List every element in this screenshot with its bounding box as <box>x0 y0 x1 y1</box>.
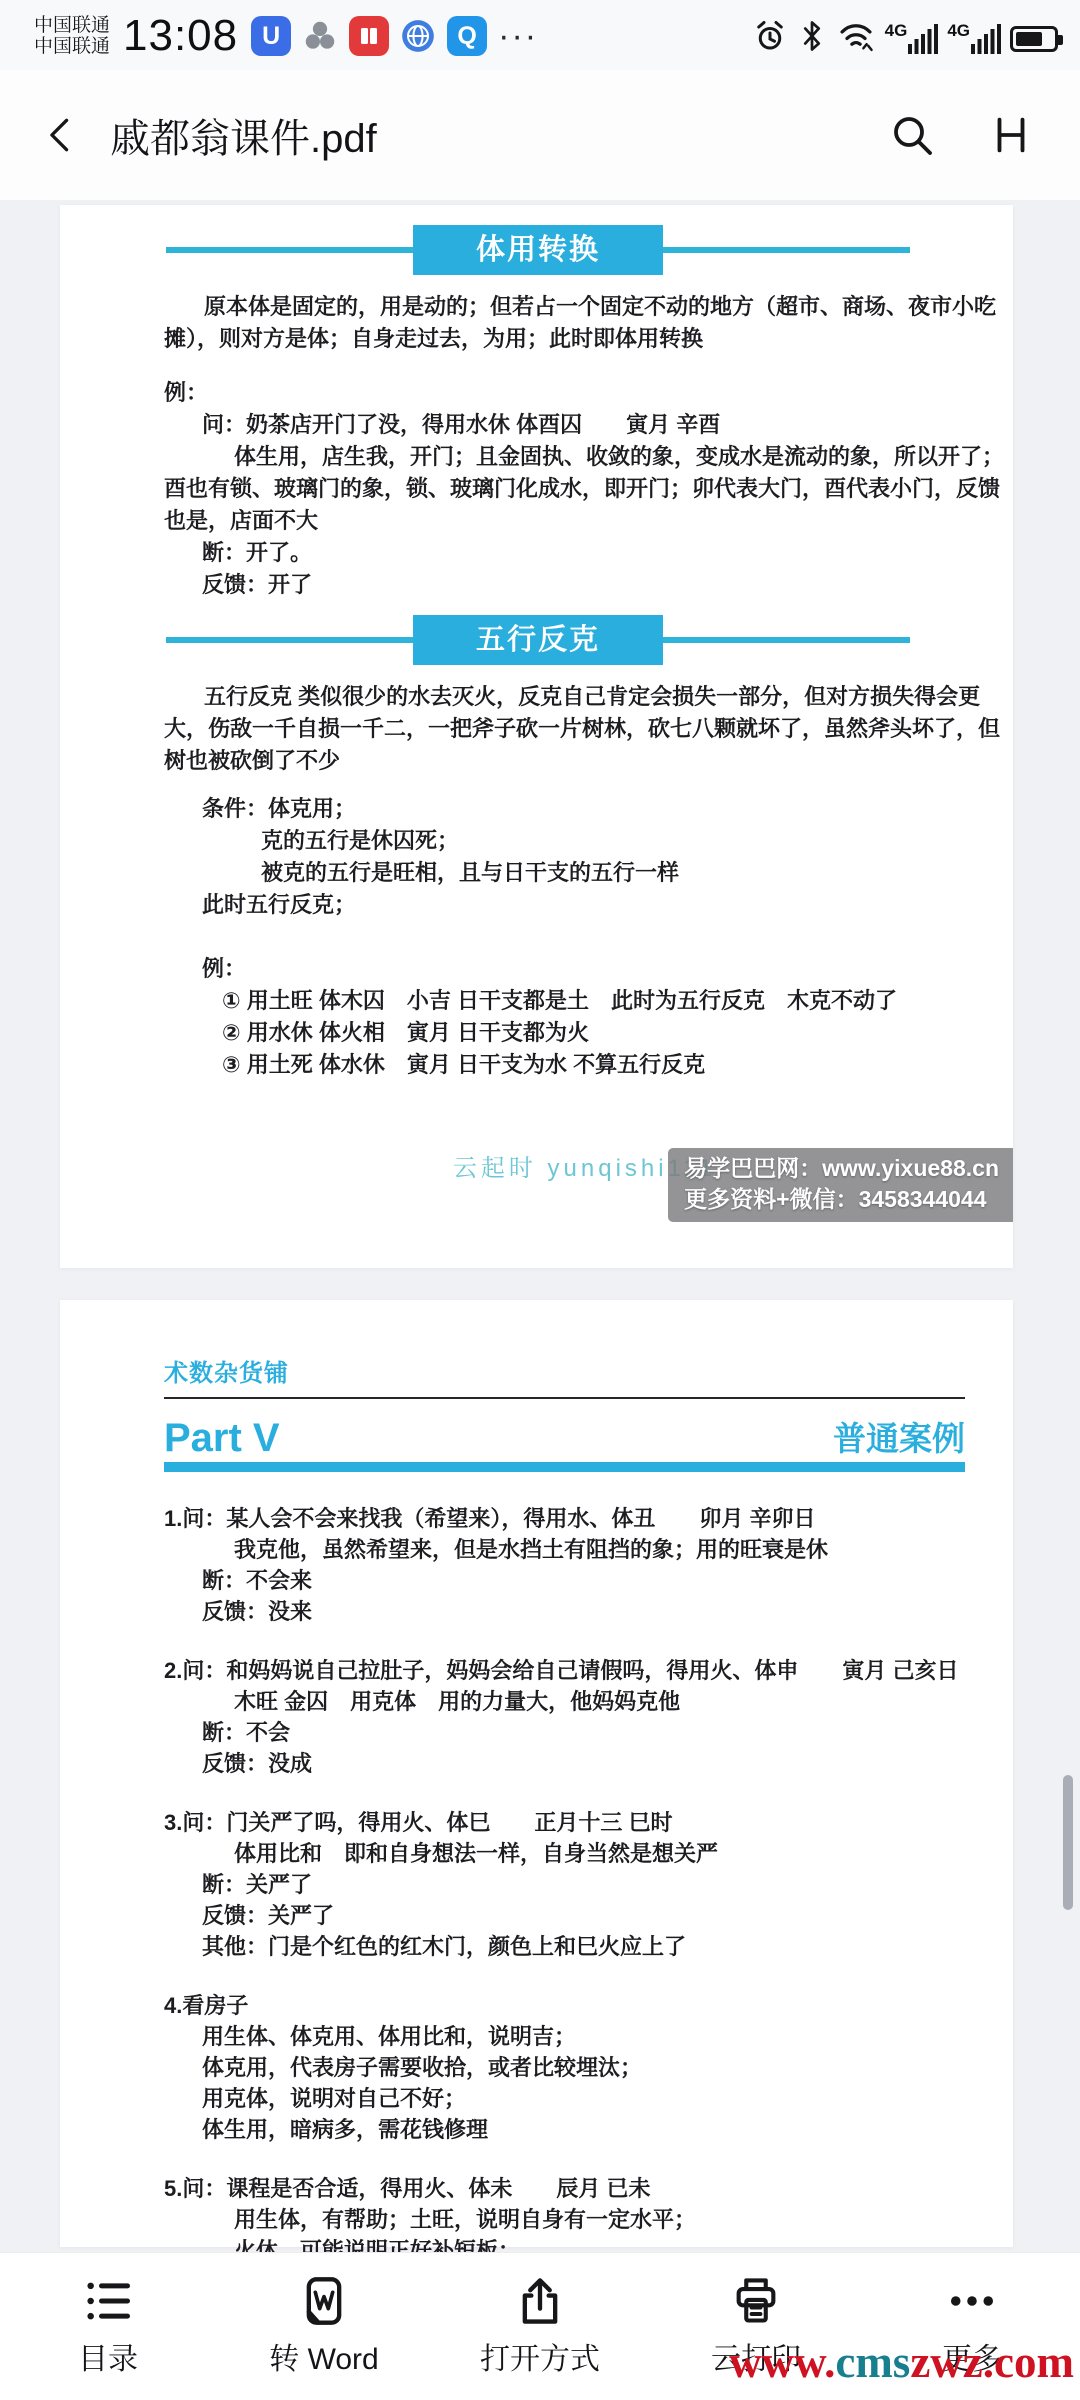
case-line: 反馈：没来 <box>164 1596 965 1627</box>
more-dots-icon <box>945 2275 999 2327</box>
doc-line: 例： <box>164 953 1005 985</box>
doc-line: 此时五行反克； <box>164 889 1005 921</box>
case-line: 体用比和 即和自身想法一样，自身当然是想关严 <box>164 1838 965 1869</box>
case-line: 火休，可能说明正好补短板； <box>164 2235 965 2252</box>
carrier-label: 中国联通 中国联通 <box>34 15 110 57</box>
doc-line: ① 用土旺 体木囚 小吉 日干支都是土 此时为五行反克 木克不动了 <box>164 985 1005 1017</box>
doc-paragraph: 五行反克 类似很少的水去灭火，反克自己肯定会损失一部分，但对方损失得会更大，伤敌… <box>164 681 1005 777</box>
carrier-line-2: 中国联通 <box>34 36 110 57</box>
doc-line: 体生用，店生我，开门；且金固执、收敛的象，变成水是流动的象，所以开了；酉也有锁、… <box>164 441 1005 537</box>
doc-line: 问：奶茶店开门了没，得用水休 体酉囚 寅月 辛酉 <box>164 409 1005 441</box>
doc-line: 克的五行是休囚死； <box>164 825 1005 857</box>
multi-window-icon <box>988 112 1034 158</box>
convert-word-button[interactable]: 转 Word <box>216 2253 432 2400</box>
alarm-icon <box>752 18 788 54</box>
case-4: 4.看房子 用生体、体克用、体用比和，说明吉； 体克用，代表房子需要收拾，或者比… <box>164 1990 965 2145</box>
case-2: 2.问：和妈妈说自己拉肚子，妈妈会给自己请假吗，得用火、体申 寅月 己亥日 木旺… <box>164 1655 965 1779</box>
case-line: 2.问：和妈妈说自己拉肚子，妈妈会给自己请假吗，得用火、体申 寅月 己亥日 <box>164 1655 965 1686</box>
doc-line: 被克的五行是旺相，且与日干支的五行一样 <box>164 857 1005 889</box>
case-line: 1.问：某人会不会来找我（希望来），得用水、体丑 卯月 辛卯日 <box>164 1503 965 1534</box>
case-line: 反馈：没成 <box>164 1748 965 1779</box>
wifi-icon <box>836 18 876 54</box>
site-watermark-seg: www. <box>729 2337 835 2387</box>
blank-line <box>164 921 1005 953</box>
section-header-title: 体用转换 <box>413 225 663 275</box>
convert-word-label: 转 Word <box>269 2334 378 2378</box>
pdf-page-2: 术数杂货铺 Part V 普通案例 1.问：某人会不会来找我（希望来），得用水、… <box>60 1300 1013 2247</box>
convert-word-icon <box>298 2275 350 2327</box>
divider-rule <box>164 1397 965 1399</box>
document-title: 戚都翁课件.pdf <box>110 107 888 164</box>
open-with-label: 打开方式 <box>480 2334 600 2378</box>
section-header-wuxing: 五行反克 <box>166 615 910 665</box>
doc-line: 反馈：开了 <box>164 569 1005 601</box>
site-watermark-seg: zwz <box>910 2337 982 2387</box>
bluetooth-icon <box>797 18 827 54</box>
part-title: 普通案例 <box>833 1423 965 1454</box>
case-line: 反馈：关严了 <box>164 1900 965 1931</box>
book-app-icon <box>349 16 389 56</box>
case-line: 体生用，暗病多，需花钱修理 <box>164 2114 965 2145</box>
case-line: 3.问：门关严了吗，得用火、体巳 正月十三 巳时 <box>164 1807 965 1838</box>
toc-button[interactable]: 目录 <box>0 2253 216 2400</box>
multi-window-button[interactable] <box>988 112 1034 158</box>
case-5: 5.问：课程是否合适，得用火、体未 辰月 已未 用生体，有帮助；土旺，说明自身有… <box>164 2173 965 2252</box>
part-label: Part V <box>164 1423 280 1454</box>
status-bar-right: 4G 4G <box>752 18 1058 54</box>
carrier-line-1: 中国联通 <box>34 15 110 36</box>
doc-paragraph: 原本体是固定的，用是动的；但若占一个固定不动的地方（超市、商场、夜市小吃摊），则… <box>164 291 1005 355</box>
pdf-scroll-area[interactable]: 体用转换 原本体是固定的，用是动的；但若占一个固定不动的地方（超市、商场、夜市小… <box>0 200 1080 2252</box>
case-line: 用生体，有帮助；土旺，说明自身有一定水平； <box>164 2204 965 2235</box>
doc-line: ③ 用土死 体水休 寅月 日干支为水 不算五行反克 <box>164 1049 1005 1081</box>
toc-label: 目录 <box>78 2334 138 2378</box>
open-with-share-icon <box>514 2275 566 2327</box>
signal-4g-icon-1: 4G <box>885 22 939 54</box>
search-icon <box>888 111 936 159</box>
pdf-page-1: 体用转换 原本体是固定的，用是动的；但若占一个固定不动的地方（超市、商场、夜市小… <box>60 205 1013 1268</box>
clover-app-icon <box>300 16 340 56</box>
scrollbar-thumb[interactable] <box>1063 1775 1073 1910</box>
promo-badge-line-1: 易学巴巴网：www.yixue88.cn <box>684 1153 999 1184</box>
q-browser-app-icon: Q <box>447 16 487 56</box>
section-header-title: 五行反克 <box>413 615 663 665</box>
brand-label: 术数杂货铺 <box>164 1358 965 1389</box>
case-line: 断：不会来 <box>164 1565 965 1596</box>
site-watermark-seg: cms <box>835 2337 910 2387</box>
promo-badge-line-2: 更多资料+微信：3458344044 <box>684 1184 999 1215</box>
case-line: 用克体，说明对自己不好； <box>164 2083 965 2114</box>
case-line: 体克用，代表房子需要收拾，或者比较埋汰； <box>164 2052 965 2083</box>
doc-line: 条件：体克用； <box>164 793 1005 825</box>
clock-time: 13:08 <box>123 11 238 61</box>
status-more-dots: ··· <box>498 17 538 56</box>
site-watermark: www.cmszwz.com <box>729 2336 1074 2388</box>
case-3: 3.问：门关严了吗，得用火、体巳 正月十三 巳时 体用比和 即和自身想法一样，自… <box>164 1807 965 1962</box>
case-line: 木旺 金囚 用克体 用的力量大，他妈妈克他 <box>164 1686 965 1717</box>
toc-list-icon <box>81 2275 135 2327</box>
accent-bar <box>164 1462 965 1472</box>
app-header: 戚都翁课件.pdf <box>0 70 1080 200</box>
case-line: 用生体、体克用、体用比和，说明吉； <box>164 2021 965 2052</box>
case-line: 5.问：课程是否合适，得用火、体未 辰月 已未 <box>164 2173 965 2204</box>
notification-app-icon-1: U <box>251 16 291 56</box>
case-line: 断：不会 <box>164 1717 965 1748</box>
globe-app-icon <box>398 16 438 56</box>
promo-badge: 易学巴巴网：www.yixue88.cn 更多资料+微信：3458344044 <box>668 1148 1013 1222</box>
site-watermark-seg: .com <box>983 2337 1074 2387</box>
back-button[interactable] <box>40 113 84 157</box>
signal-4g-icon-2: 4G <box>947 22 1001 54</box>
doc-line: ② 用水休 体火相 寅月 日干支都为火 <box>164 1017 1005 1049</box>
doc-line: 例： <box>164 377 1005 409</box>
case-1: 1.问：某人会不会来找我（希望来），得用水、体丑 卯月 辛卯日 我克他，虽然希望… <box>164 1503 965 1627</box>
case-line: 4.看房子 <box>164 1990 965 2021</box>
back-chevron-icon <box>40 113 84 157</box>
section-header-tiyong: 体用转换 <box>166 225 910 275</box>
part-header: Part V 普通案例 <box>164 1423 965 1454</box>
battery-icon <box>1010 26 1058 52</box>
cloud-print-icon <box>730 2275 782 2327</box>
case-line: 断：关严了 <box>164 1869 965 1900</box>
case-line: 我克他，虽然希望来，但是水挡土有阻挡的象；用的旺衰是休 <box>164 1534 965 1565</box>
status-bar: 中国联通 中国联通 13:08 U Q ··· <box>0 0 1080 70</box>
doc-line: 断：开了。 <box>164 537 1005 569</box>
search-button[interactable] <box>888 111 936 159</box>
open-with-button[interactable]: 打开方式 <box>432 2253 648 2400</box>
status-bar-left: 中国联通 中国联通 13:08 U Q ··· <box>34 11 538 61</box>
case-line: 其他：门是个红色的红木门，颜色上和巳火应上了 <box>164 1931 965 1962</box>
